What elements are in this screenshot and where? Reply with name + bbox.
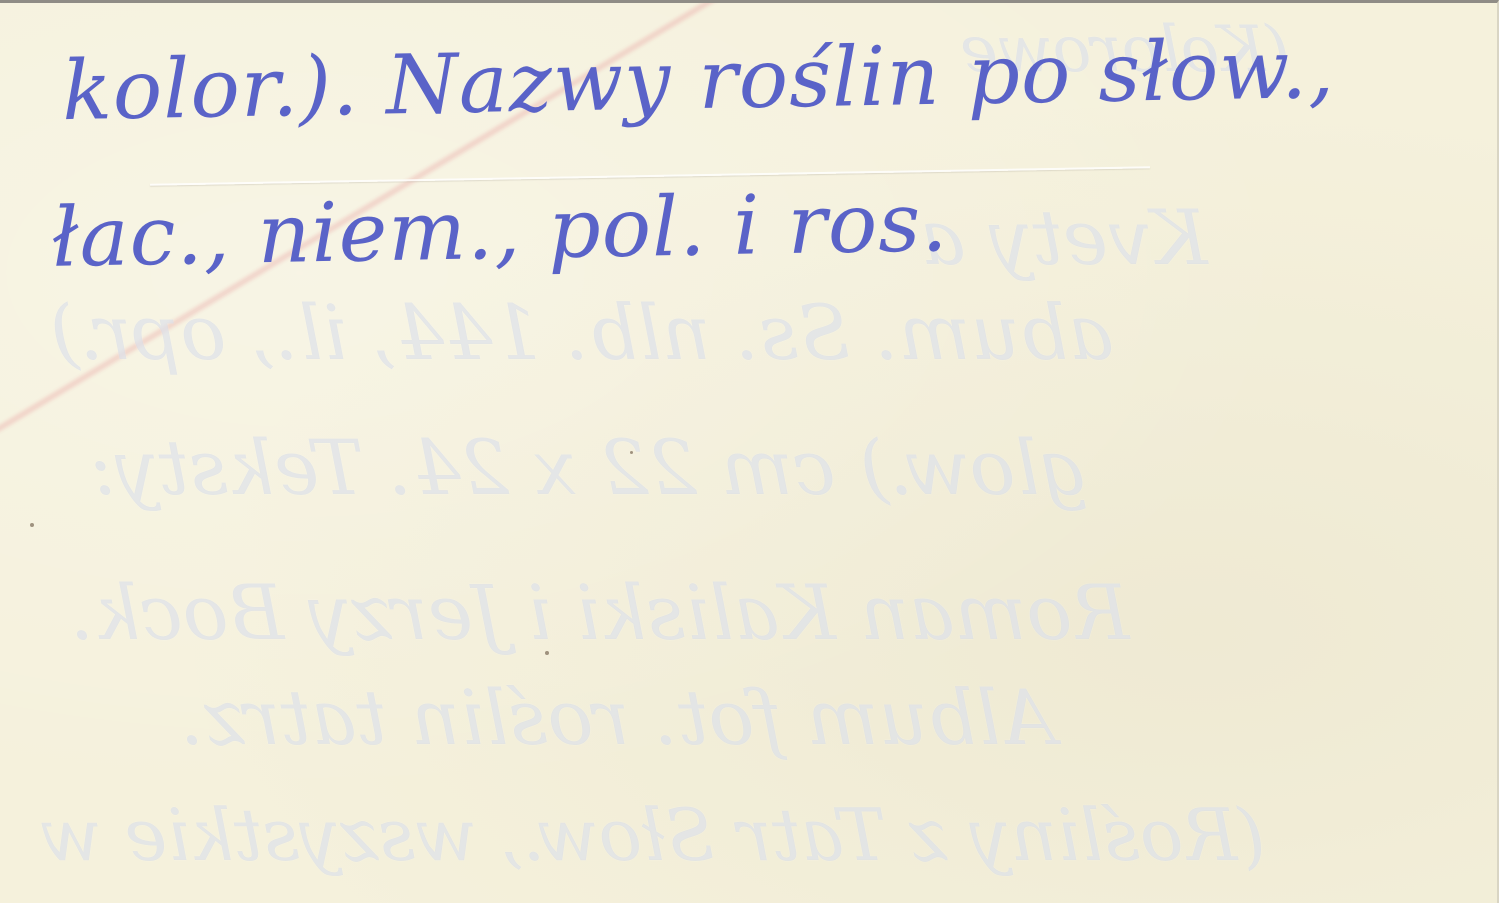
bleed-through-text: Roman Kaliski i Jerzy Bock. xyxy=(70,568,1129,657)
paper-speck xyxy=(545,651,549,655)
handwritten-line-2: łac., niem., pol. i ros. xyxy=(51,175,949,286)
bleed-through-text: glow.) cm 22 x 24. Teksty: xyxy=(90,423,1088,512)
paper-speck xyxy=(630,451,633,454)
bleed-through-text: abum. Ss. nlb. 144, il., opr.) xyxy=(50,288,1114,377)
paper-speck xyxy=(30,523,34,527)
bleed-through-text: Kvety a xyxy=(920,193,1208,282)
index-card: (Kolorowe Kvety a abum. Ss. nlb. 144, il… xyxy=(0,0,1499,903)
handwritten-line-1: kolor.). Nazwy roślin po słow., xyxy=(61,22,1335,139)
bleed-through-text: (Rośliny z Tatr Słow., wszystkie w xyxy=(40,793,1266,877)
bleed-through-text: Album fot. roślin tatrz. xyxy=(180,673,1055,762)
